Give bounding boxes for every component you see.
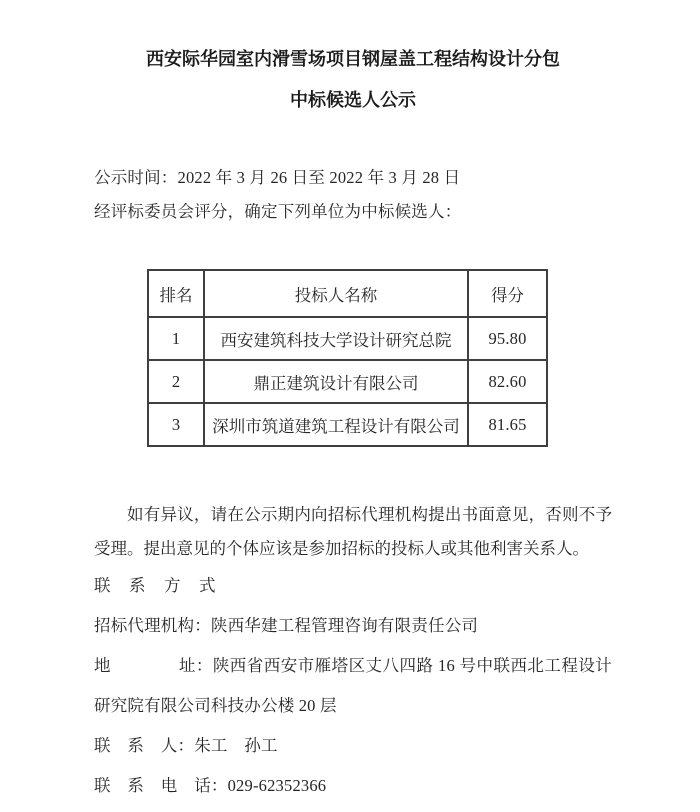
document-title-line2: 中标候选人公示 <box>94 91 612 109</box>
rank-cell: 2 <box>148 360 204 403</box>
address-line: 地 址：陕西省西安市雁塔区丈八四路 16 号中联西北工程设计研究院有限公司科技办… <box>94 646 612 726</box>
contact-person-value: 朱工 孙工 <box>194 736 278 755</box>
objection-paragraph: 如有异议，请在公示期内向招标代理机构提出书面意见，否则不予受理。提出意见的个体应… <box>94 498 612 566</box>
bidder-name-cell: 西安建筑科技大学设计研究总院 <box>204 317 468 360</box>
contact-person-label: 联 系 人： <box>94 736 194 755</box>
intro-line: 经评标委员会评分，确定下列单位为中标候选人： <box>94 195 612 229</box>
rank-cell: 1 <box>148 317 204 360</box>
publicity-period-line: 公示时间：2022 年 3 月 26 日至 2022 年 3 月 28 日 <box>94 161 612 195</box>
agency-value: 陕西华建工程管理咨询有限责任公司 <box>211 616 478 635</box>
agency-line: 招标代理机构：陕西华建工程管理咨询有限责任公司 <box>94 606 612 646</box>
table-header-rank: 排名 <box>148 270 204 317</box>
table-row: 3 深圳市筑道建筑工程设计有限公司 81.65 <box>148 403 547 446</box>
bidder-name-cell: 深圳市筑道建筑工程设计有限公司 <box>204 403 468 446</box>
document-page: 西安际华园室内滑雪场项目钢屋盖工程结构设计分包 中标候选人公示 公示时间：202… <box>0 0 700 812</box>
contact-phone-line: 联 系 电 话：029-62352366 <box>94 766 612 806</box>
table-row: 2 鼎正建筑设计有限公司 82.60 <box>148 360 547 403</box>
contact-phone-value: 029-62352366 <box>228 776 327 795</box>
score-cell: 95.80 <box>468 317 547 360</box>
contact-section-title: 联 系 方 式 <box>94 566 612 606</box>
table-header-row: 排名 投标人名称 得分 <box>148 270 547 317</box>
bid-candidates-table: 排名 投标人名称 得分 1 西安建筑科技大学设计研究总院 95.80 2 鼎正建… <box>147 269 548 447</box>
score-cell: 82.60 <box>468 360 547 403</box>
table-row: 1 西安建筑科技大学设计研究总院 95.80 <box>148 317 547 360</box>
rank-cell: 3 <box>148 403 204 446</box>
bidder-name-cell: 鼎正建筑设计有限公司 <box>204 360 468 403</box>
contact-section: 联 系 方 式 招标代理机构：陕西华建工程管理咨询有限责任公司 地 址：陕西省西… <box>94 566 612 806</box>
document-title-line1: 西安际华园室内滑雪场项目钢屋盖工程结构设计分包 <box>94 50 612 68</box>
table-header-score: 得分 <box>468 270 547 317</box>
address-label: 地 址： <box>94 656 213 675</box>
score-cell: 81.65 <box>468 403 547 446</box>
contact-person-line: 联 系 人：朱工 孙工 <box>94 726 612 766</box>
contact-phone-label: 联 系 电 话： <box>94 776 228 795</box>
agency-label: 招标代理机构： <box>94 616 211 635</box>
table-header-bidder-name: 投标人名称 <box>204 270 468 317</box>
